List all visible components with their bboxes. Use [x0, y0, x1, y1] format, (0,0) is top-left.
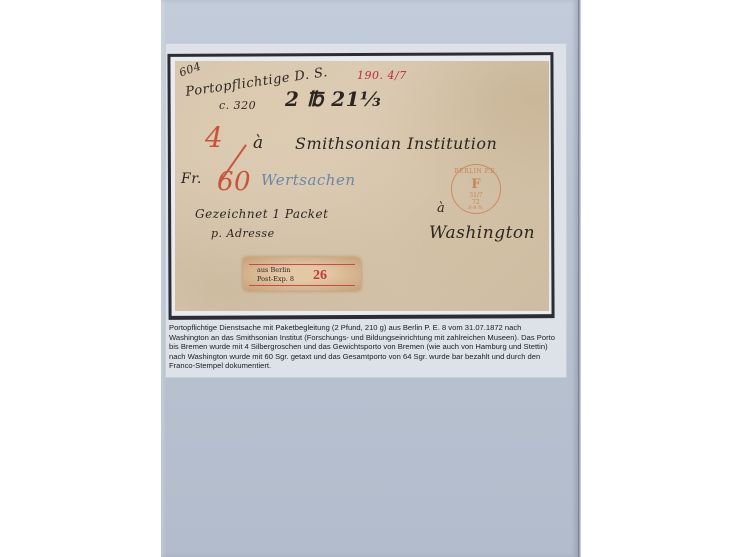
handwriting-note-line-1: Gezeichnet 1 Packet — [195, 207, 328, 221]
handwriting-weight: 2 ℔ 21⅓ — [285, 87, 381, 111]
postage-denominator: 60 — [217, 167, 251, 197]
postmark-time: 8-9 N. — [452, 205, 500, 211]
berlin-postmark: BERLIN P.E. F 31/7 72 8-9 N. — [451, 164, 501, 214]
handwriting-note-line-2: p. Adresse — [211, 227, 275, 240]
postmark-franco-letter: F — [452, 177, 500, 192]
label-line-1: aus Berlin — [257, 266, 291, 274]
historic-envelope: 604 Portopflichtige D. S. c. 320 2 ℔ 21⅓… — [175, 61, 549, 311]
handwriting-reference: c. 320 — [219, 99, 256, 112]
handwriting-blue-note: Wertsachen — [261, 171, 356, 189]
envelope-caption: Portopflichtige Dienstsache mit Paketbeg… — [167, 321, 561, 374]
handwriting-red-note: 190. 4/7 — [357, 69, 407, 82]
postmark-city: BERLIN P.E. — [452, 168, 500, 175]
label-bottom-rule — [249, 285, 355, 286]
postmark-date: 31/7 72 — [452, 192, 500, 206]
registration-label: aus Berlin Post-Exp. 8 26 — [243, 257, 361, 291]
label-origin: aus Berlin Post-Exp. 8 — [257, 266, 294, 284]
label-line-2: Post-Exp. 8 — [257, 275, 294, 283]
postmark-date-day: 31/7 — [469, 192, 482, 199]
city-prefix: à — [437, 201, 445, 216]
label-top-rule — [249, 264, 355, 265]
registration-number: 26 — [313, 268, 327, 284]
page-edge — [578, 0, 581, 557]
franco-prefix: Fr. — [181, 171, 202, 187]
destination-city: Washington — [429, 223, 535, 243]
recipient-name: Smithsonian Institution — [295, 134, 497, 153]
postage-numerator: 4 — [205, 121, 223, 154]
handwriting-number: 604 — [177, 61, 203, 79]
address-prefix: à — [253, 133, 264, 153]
